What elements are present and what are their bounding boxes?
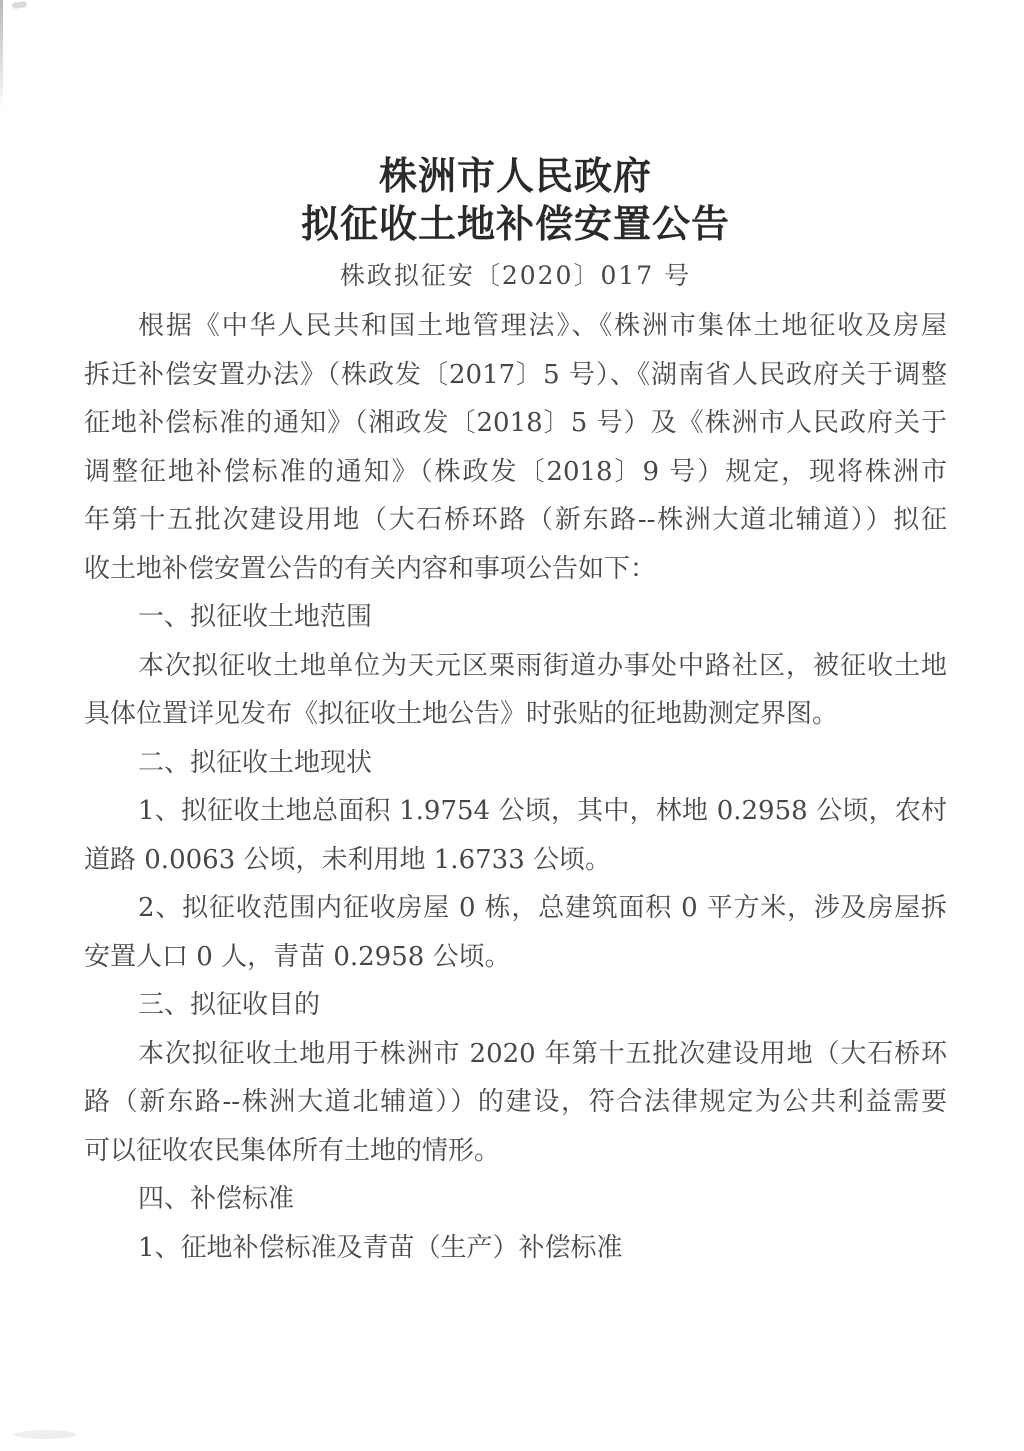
body-line: 1、拟征收土地总面积 1.9754 公顷，其中，林地 0.2958 公顷，农村 (84, 787, 947, 836)
section-heading: 四、补偿标准 (84, 1175, 947, 1224)
body-line: 2、拟征收范围内征收房屋 0 栋，总建筑面积 0 平方米，涉及房屋拆迁 (84, 884, 947, 933)
body-line: 路（新东路--株洲大道北辅道））的建设，符合法律规定为公共利益需要 (84, 1078, 947, 1127)
scan-edge-artifact (0, 0, 3, 110)
section-heading: 二、拟征收土地现状 (84, 739, 947, 788)
document-body: 根据《中华人民共和国土地管理法》、《株洲市集体土地征收及房屋 拆迁补偿安置办法》… (84, 302, 947, 1272)
body-line: 根据《中华人民共和国土地管理法》、《株洲市集体土地征收及房屋 (84, 302, 947, 351)
scan-corner-mark (12, 1, 28, 9)
document-title-line2: 拟征收土地补偿安置公告 (84, 203, 947, 245)
document-content: 株洲市人民政府 拟征收土地补偿安置公告 株政拟征安〔2020〕017 号 根据《… (84, 0, 947, 1272)
document-number: 株政拟征安〔2020〕017 号 (84, 261, 947, 291)
body-line: 调整征地补偿标准的通知》（株政发〔2018〕9 号）规定，现将株洲市 2020 (84, 448, 947, 497)
body-line: 收土地补偿安置公告的有关内容和事项公告如下： (84, 545, 947, 594)
body-line: 具体位置详见发布《拟征收土地公告》时张贴的征地勘测定界图。 (84, 690, 947, 739)
body-line: 本次拟征收土地单位为天元区栗雨街道办事处中路社区，被征收土地 (84, 642, 947, 691)
document-title-line1: 株洲市人民政府 (84, 155, 947, 197)
body-line: 征地补偿标准的通知》（湘政发〔2018〕5 号）及《株洲市人民政府关于 (84, 399, 947, 448)
body-line: 拆迁补偿安置办法》（株政发〔2017〕5 号）、《湖南省人民政府关于调整 (84, 351, 947, 400)
body-line: 本次拟征收土地用于株洲市 2020 年第十五批次建设用地（大石桥环 (84, 1030, 947, 1079)
body-line: 可以征收农民集体所有土地的情形。 (84, 1127, 947, 1176)
body-line: 安置人口 0 人，青苗 0.2958 公顷。 (84, 933, 947, 982)
scan-smudge (14, 1430, 76, 1439)
body-line: 1、征地补偿标准及青苗（生产）补偿标准 (84, 1224, 947, 1273)
scanned-document-page: 株洲市人民政府 拟征收土地补偿安置公告 株政拟征安〔2020〕017 号 根据《… (0, 0, 1024, 1451)
body-line: 年第十五批次建设用地（大石桥环路（新东路--株洲大道北辅道））拟征 (84, 496, 947, 545)
section-heading: 三、拟征收目的 (84, 981, 947, 1030)
body-line: 道路 0.0063 公顷，未利用地 1.6733 公顷。 (84, 836, 947, 885)
section-heading: 一、拟征收土地范围 (84, 593, 947, 642)
